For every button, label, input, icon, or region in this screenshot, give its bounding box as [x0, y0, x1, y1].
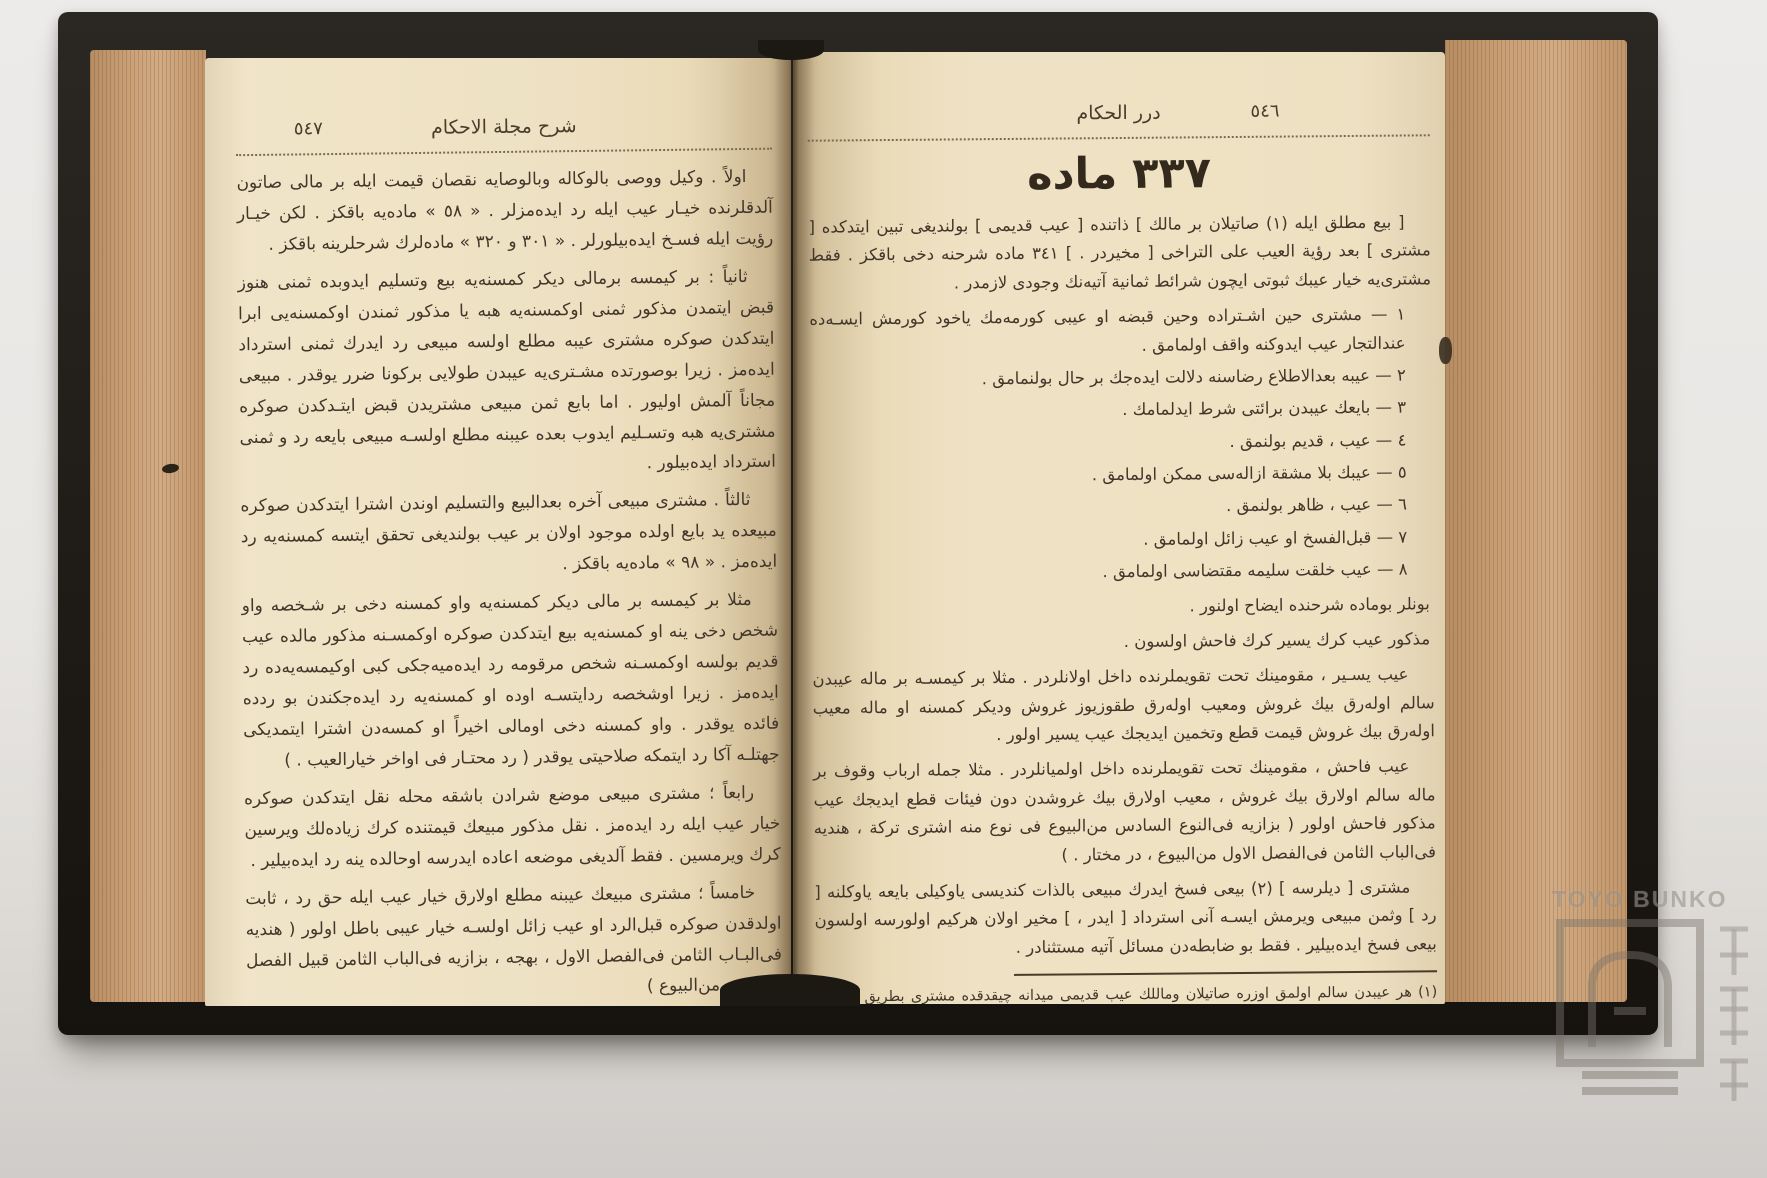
- open-book: ٥٤٧ شرح مجلة الاحكام اولاً . وكيل ووصى ب…: [58, 12, 1658, 1035]
- paragraph: مثلا بر كيمسه بر مالى ديكر كمسنه‌يه واو …: [241, 585, 779, 777]
- spine-gap-top: [758, 40, 824, 60]
- paragraph: مشترى [ ديلرسه ] (٢) بيعى فسخ ايدرك مبيع…: [814, 873, 1437, 964]
- paragraph: بونلر بوماده شرحنده ايضاح اولنور .: [812, 590, 1434, 624]
- footnote-divider: [1014, 970, 1437, 976]
- list-item: ٢ — عيبه بعدالاطلاع رضاسنه دلالت ايده‌جك…: [810, 361, 1406, 395]
- right-page-body: [ بيع مطلق ايله (١) صاتيلان بر مالك ] ذا…: [808, 208, 1437, 1004]
- toyo-bunko-watermark-text: TOYO BUNKO: [1552, 886, 1764, 913]
- paragraph: رابعاً ؛ مشترى مبيعى موضع شرادن باشقه مح…: [244, 777, 781, 876]
- list-item: ٨ — عيب خلقت سليمه مقتضاسى اولمامق .: [811, 556, 1407, 590]
- left-running-header: ٥٤٧ شرح مجلة الاحكام: [236, 113, 772, 157]
- photo-background: ٥٤٧ شرح مجلة الاحكام اولاً . وكيل ووصى ب…: [0, 0, 1767, 1178]
- list-item: ٦ — عيب ، ظاهر بولنمق .: [811, 491, 1407, 525]
- ink-speck: [1439, 337, 1452, 364]
- page-fore-edge-right: [1445, 40, 1627, 1002]
- list-item: ٥ — عيبك بلا مشقة ازاله‌سى ممكن اولمامق …: [811, 459, 1407, 493]
- spine-gap-bottom: [720, 974, 860, 1006]
- footnote: (١) هر عيبدن سالم اولمق اوزره صاتيلان وم…: [815, 980, 1437, 1004]
- page-fore-edge-left: [90, 50, 206, 1002]
- left-page-content: ٥٤٧ شرح مجلة الاحكام اولاً . وكيل ووصى ب…: [205, 58, 791, 1006]
- paragraph: ثانياً : بر كيمسه برمالى ديكر كمسنه‌يه ب…: [238, 261, 777, 484]
- right-page: ٥٤٦ درر الحكام ٣٣٧ ماده [ بيع مطلق ايله …: [793, 52, 1445, 1004]
- list-item: ٣ — بايعك عيبدن برائتى شرط ايدلمامك .: [810, 394, 1406, 428]
- paragraph: ثالثاً . مشترى مبيعى آخره بعدالبيع والتس…: [240, 485, 777, 584]
- right-page-number: ٥٤٦: [1250, 101, 1279, 122]
- article-intro: [ بيع مطلق ايله (١) صاتيلان بر مالك ] ذا…: [808, 208, 1431, 299]
- paragraph: خامساً ؛ مشترى مبيعك عيبنه مطلع اولارق خ…: [245, 877, 782, 1006]
- paragraph: اولاً . وكيل ووصى بالوكاله وبالوصايه نقص…: [236, 162, 773, 261]
- article-heading: ٣٣٧ ماده: [808, 146, 1430, 201]
- list-item: ٤ — عيب ، قديم بولنمق .: [810, 426, 1406, 460]
- paragraph: عيب فاحش ، مقومينك تحت تقويملرنده داخل ا…: [813, 753, 1436, 872]
- right-header-title: درر الحكام: [807, 99, 1429, 126]
- list-item: ٧ — قبل‌الفسخ او عيب زائل اولمامق .: [811, 523, 1407, 557]
- toyo-bunko-watermark: TOYO BUNKO: [1552, 886, 1764, 1116]
- left-page-body: اولاً . وكيل ووصى بالوكاله وبالوصايه نقص…: [236, 162, 783, 1006]
- toyo-bunko-seal-icon: [1552, 915, 1764, 1109]
- left-page-number: ٥٤٧: [294, 118, 323, 139]
- paragraph: عيب يسـير ، مقومينك تحت تقويملرنده داخل …: [812, 661, 1435, 752]
- paragraph: مذكور عيب كرك يسير كرك فاحش اولسون .: [812, 625, 1434, 659]
- right-running-header: ٥٤٦ درر الحكام: [807, 99, 1429, 141]
- condition-list: ١ — مشترى حين اشـتراده وحين قبضه او عيبى…: [809, 300, 1433, 589]
- left-page: ٥٤٧ شرح مجلة الاحكام اولاً . وكيل ووصى ب…: [205, 58, 791, 1006]
- right-page-content: ٥٤٦ درر الحكام ٣٣٧ ماده [ بيع مطلق ايله …: [793, 52, 1445, 1004]
- list-item: ١ — مشترى حين اشـتراده وحين قبضه او عيبى…: [809, 301, 1405, 363]
